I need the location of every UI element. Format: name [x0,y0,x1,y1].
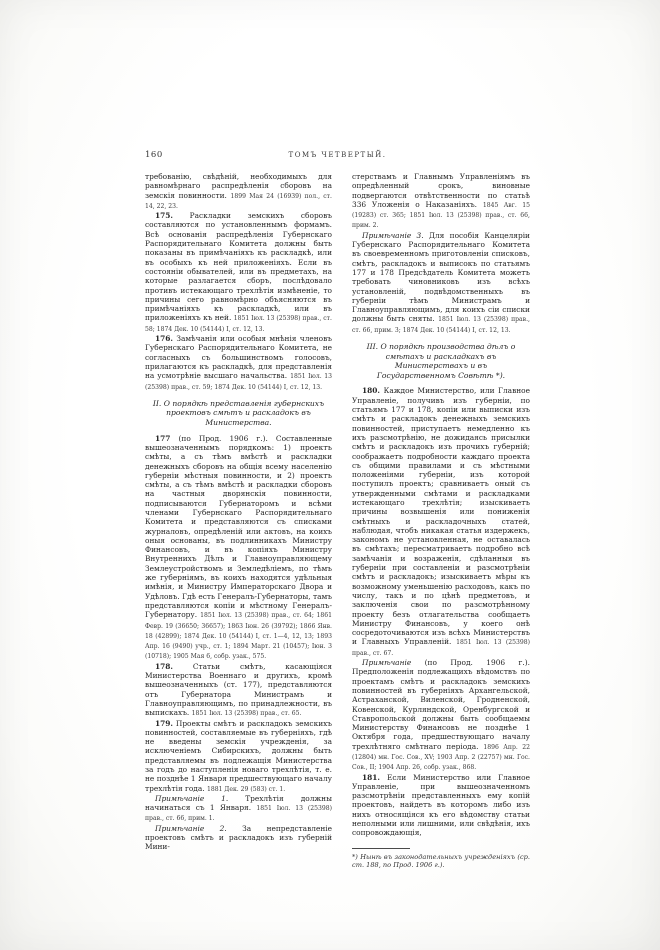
article-number: 178. [155,662,173,671]
body-text: Предположенія подлежащихъ вѣдомствъ по п… [352,667,530,750]
article-number: 181. [362,773,380,782]
section-heading-iii: III. О порядкѣ производства дѣлъ о смѣта… [358,342,524,380]
body-text: Составленные вышеозначеннымъ порядкомъ: … [145,434,332,620]
body-text: Для пособія Канцеляріи Губернскаго Распо… [352,231,530,324]
body-text: Если Министерство или Главное Управленіе… [352,773,530,838]
note-label: Примѣчаніе 1. [155,794,228,803]
page-header: 160 ТОМЪ ЧЕТВЕРТЫЙ. [145,150,530,164]
footnote: *) Нынѣ въ законодательныхъ учрежденіяхъ… [352,853,530,870]
note-3: Примѣчаніе 3. Для пособія Канцеляріи Губ… [352,231,530,335]
citation: 1881 Дек. 29 (583) ст. 1. [207,786,285,793]
citation: 1851 Іюл. 13 (25398) прав., ст. 65. [192,710,302,717]
footnote-separator [352,848,410,849]
note-label: Примѣчаніе 3. [362,231,424,240]
section-heading-ii: II. О порядкѣ представленія губернскихъ … [151,399,326,428]
article-176: 176. Замѣчанія или особыя мнѣнія членовъ… [145,334,332,392]
article-number: 176. [155,334,173,343]
note-article-180: Примѣчаніе (по Прод. 1906 г.). Предполож… [352,658,530,773]
note-2-continuation: стерствамъ и Главнымъ Управленіямъ въ оп… [352,172,530,231]
citation: 1851 Іюл. 13 (25398) прав., ст. 64; 1861… [145,612,332,660]
right-column: стерствамъ и Главнымъ Управленіямъ въ оп… [352,172,530,870]
article-number: 180. [362,386,380,395]
article-edition-note: (по Прод. 1906 г.). [179,434,268,443]
left-column: требованію, свѣдѣній, необходимыхъ для р… [145,172,332,852]
article-number: 175. [155,211,173,220]
scanned-book-page: 160 ТОМЪ ЧЕТВЕРТЫЙ. требованію, свѣдѣній… [0,0,660,950]
note-1: Примѣчаніе 1. Трехлѣтія должны начинатьс… [145,794,332,824]
article-177: 177 (по Прод. 1906 г.). Составленные выш… [145,434,332,662]
note-edition: (по Прод. 1906 г.). [425,658,530,667]
running-head: ТОМЪ ЧЕТВЕРТЫЙ. [145,151,530,159]
article-number: 179. [155,719,173,728]
body-text: Статьи смѣтъ, касающіяся Министерства Во… [145,662,332,717]
note-label: Примѣчаніе 2. [155,824,227,833]
body-text: Каждое Министерство, или Главное Управле… [352,386,530,646]
paragraph-continuation: требованію, свѣдѣній, необходимыхъ для р… [145,172,332,211]
note-label: Примѣчаніе [362,658,411,667]
article-179: 179. Проекты смѣтъ и раскладокъ земскихъ… [145,719,332,794]
article-181: 181. Если Министерство или Главное Управ… [352,773,530,838]
body-text: Раскладки земскихъ сборовъ составляются … [145,211,332,322]
note-2: Примѣчаніе 2. За непредставленіе проекто… [145,824,332,852]
body-text: Проекты смѣтъ и раскладокъ земскихъ пови… [145,719,332,793]
article-number: 177 [155,434,170,443]
article-180: 180. Каждое Министерство, или Главное Уп… [352,386,530,658]
article-178: 178. Статьи смѣтъ, касающіяся Министерст… [145,662,332,719]
article-175: 175. Раскладки земскихъ сборовъ составля… [145,211,332,334]
